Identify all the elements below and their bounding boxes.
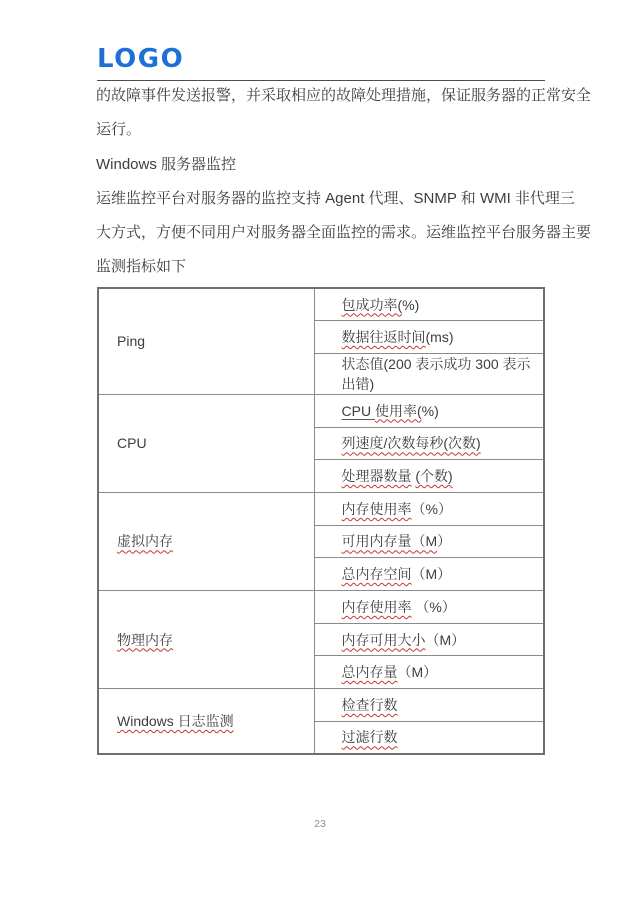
metric-cell: 检查行数 — [314, 689, 544, 722]
metric-cell: 处理器数量 (个数) — [314, 460, 544, 493]
cell-text: （M） — [426, 632, 466, 648]
cell-text: 总内存空间 — [342, 566, 412, 582]
cell-text: 虚拟内存 — [117, 533, 173, 549]
metrics-table: Ping包成功率(%)数据往返时间(ms)状态值(200 表示成功 300 表示… — [97, 287, 545, 755]
table-row: CPUCPU 使用率(%) — [98, 394, 544, 427]
body-text: 的故障事件发送报警，并采取相应的故障处理措施，保证服务器的正常安全 运行。 Wi… — [96, 86, 556, 292]
cell-text: 使用率( — [375, 403, 422, 419]
metrics-table-body: Ping包成功率(%)数据往返时间(ms)状态值(200 表示成功 300 表示… — [98, 288, 544, 754]
cell-text: 处理器数量 — [342, 468, 412, 484]
cell-text: 内存使用率 — [342, 501, 412, 517]
metric-cell: 总内存量（M） — [314, 656, 544, 689]
page-number: 23 — [0, 818, 640, 830]
cell-text: 内存可用大小 — [342, 632, 426, 648]
cell-text: (ms) — [426, 329, 454, 345]
metric-cell: 可用内存量（M） — [314, 525, 544, 558]
cell-text: （%） — [412, 501, 452, 517]
cell-text: 内存使用率 — [342, 599, 412, 615]
cell-text: 状态值(200 表示成功 300 表示出错) — [342, 356, 531, 392]
document-page: LOGO 的故障事件发送报警，并采取相应的故障处理措施，保证服务器的正常安全 运… — [0, 0, 640, 906]
cell-text: Ping — [117, 333, 145, 349]
cell-text: 物理内存 — [117, 632, 173, 648]
metric-cell: 列速度/次数每秒(次数) — [314, 427, 544, 460]
metric-cell: CPU 使用率(%) — [314, 394, 544, 427]
category-cell: 虚拟内存 — [98, 492, 314, 590]
cell-text: Windows 日志监测 — [117, 713, 234, 729]
cell-text: 总内存量 — [342, 664, 398, 680]
metric-cell: 内存可用大小（M） — [314, 623, 544, 656]
cell-text: CPU — [342, 403, 375, 419]
table-row: Ping包成功率(%) — [98, 288, 544, 321]
cell-text: 数据往返时间 — [342, 329, 426, 345]
metric-cell: 包成功率(%) — [314, 288, 544, 321]
cell-text: 检查行数 — [342, 697, 398, 713]
paragraph-line: 的故障事件发送报警，并采取相应的故障处理措施，保证服务器的正常安全 — [96, 86, 556, 120]
category-cell: Ping — [98, 288, 314, 394]
paragraph-line: 大方式，方便不同用户对服务器全面监控的需求。运维监控平台服务器主要 — [96, 223, 556, 257]
metric-cell: 过滤行数 — [314, 721, 544, 754]
category-cell: Windows 日志监测 — [98, 689, 314, 754]
metric-cell: 数据往返时间(ms) — [314, 321, 544, 354]
cell-text: （%） — [412, 599, 456, 615]
category-cell: CPU — [98, 394, 314, 492]
cell-text: %) — [422, 403, 439, 419]
metric-cell: 总内存空间（M） — [314, 558, 544, 591]
cell-text: 包成功率( — [342, 297, 403, 313]
category-cell: 物理内存 — [98, 591, 314, 689]
cell-text: ） — [437, 533, 451, 549]
table-row: Windows 日志监测检查行数 — [98, 689, 544, 722]
cell-text: 过滤行数 — [342, 729, 398, 745]
cell-text: CPU — [117, 435, 147, 451]
section-heading: Windows 服务器监控 — [96, 155, 556, 189]
cell-text: （M） — [412, 566, 452, 582]
cell-text: %) — [402, 297, 419, 313]
metric-cell: 内存使用率（%） — [314, 492, 544, 525]
table-row: 虚拟内存内存使用率（%） — [98, 492, 544, 525]
table-row: 物理内存内存使用率 （%） — [98, 591, 544, 624]
logo: LOGO — [97, 46, 184, 72]
metric-cell: 内存使用率 （%） — [314, 591, 544, 624]
paragraph-line: 运维监控平台对服务器的监控支持 Agent 代理、SNMP 和 WMI 非代理三 — [96, 189, 556, 223]
paragraph-line: 运行。 — [96, 120, 556, 154]
metric-cell: 状态值(200 表示成功 300 表示出错) — [314, 353, 544, 394]
cell-text: （M） — [398, 664, 438, 680]
cell-text: 列速度/次数每秒(次数) — [342, 435, 481, 451]
cell-text: 可用内存量（M — [342, 533, 438, 549]
cell-text: (个数) — [415, 468, 452, 484]
header-divider — [97, 80, 545, 81]
